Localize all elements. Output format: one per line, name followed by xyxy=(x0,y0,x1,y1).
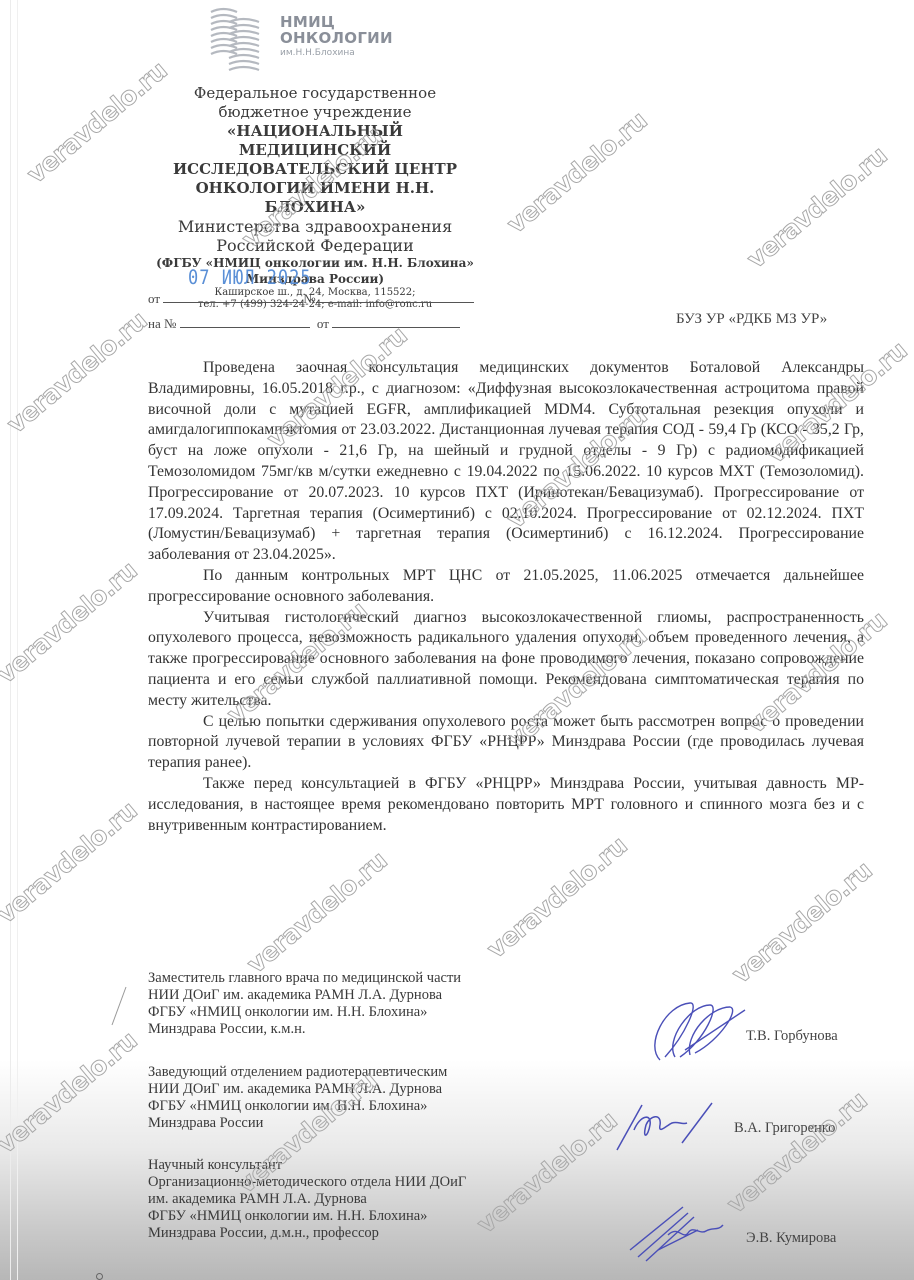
org-line: Российской Федерации xyxy=(150,236,480,255)
signature-1 xyxy=(645,995,755,1065)
number-blank xyxy=(316,290,474,303)
scan-edge xyxy=(10,0,18,1280)
signer-name-1: Т.В. Горбунова xyxy=(746,1028,838,1045)
registration-line-reply: на № от xyxy=(148,315,460,332)
org-line: Федеральное государственное xyxy=(150,84,480,103)
signer-title-line: Заместитель главного врача по медицинско… xyxy=(148,970,461,987)
signature-3 xyxy=(628,1195,738,1265)
body-paragraph: С целью попытки сдерживания опухолевого … xyxy=(148,712,864,774)
watermark: veravdelo.ru xyxy=(0,796,143,929)
signer-name-2: В.А. Григоренко xyxy=(734,1120,835,1137)
date-stamp: 07 ИЮЛ 2025 xyxy=(188,267,312,290)
signer-title-line: Научный консультант xyxy=(148,1157,466,1174)
signer-block-3: Научный консультант Организационно-метод… xyxy=(148,1157,466,1242)
recipient: БУЗ УР «РДКБ МЗ УР» xyxy=(676,311,827,328)
body-paragraph: Проведена заочная консультация медицинск… xyxy=(148,358,864,566)
date-blank xyxy=(163,290,303,303)
signer-title-line: Минздрава России xyxy=(148,1115,447,1132)
logo-text: НМИЦ ОНКОЛОГИИ им.Н.Н.Блохина xyxy=(280,14,393,58)
logo-line-1: НМИЦ xyxy=(280,14,393,30)
watermark: veravdelo.ru xyxy=(241,846,392,979)
signer-title-line: НИИ ДОиГ им. академика РАМН Л.А. Дурнова xyxy=(148,987,461,1004)
reply-number-label: на № xyxy=(148,316,176,331)
registration-line-outgoing: от № xyxy=(148,290,474,307)
signer-title-line: Минздрава России, к.м.н. xyxy=(148,1021,461,1038)
org-line: бюджетное учреждение xyxy=(150,103,480,122)
watermark: veravdelo.ru xyxy=(741,141,892,274)
body-paragraph: Также перед консультацией в ФГБУ «РНЦРР»… xyxy=(148,774,864,836)
document-page: НМИЦ ОНКОЛОГИИ им.Н.Н.Блохина Федерально… xyxy=(0,0,914,1280)
org-line: «НАЦИОНАЛЬНЫЙ МЕДИЦИНСКИЙ xyxy=(150,122,480,160)
watermark: veravdelo.ru xyxy=(0,1026,143,1159)
scan-dot xyxy=(96,1273,103,1280)
watermark: veravdelo.ru xyxy=(471,1106,622,1239)
signer-title-line: Заведующий отделением радиотерапевтическ… xyxy=(148,1064,447,1081)
logo-line-2: ОНКОЛОГИИ xyxy=(280,30,393,46)
signer-title-line: ФГБУ «НМИЦ онкологии им. Н.Н. Блохина» xyxy=(148,1208,466,1225)
body-paragraph: По данным контрольных МРТ ЦНС от 21.05.2… xyxy=(148,566,864,608)
number-label: № xyxy=(303,291,315,306)
reply-number-blank xyxy=(180,315,310,328)
watermark: veravdelo.ru xyxy=(481,831,632,964)
signer-name-3: Э.В. Кумирова xyxy=(746,1230,836,1247)
org-line: Министерства здравоохранения xyxy=(150,217,480,236)
institution-logo: НМИЦ ОНКОЛОГИИ им.Н.Н.Блохина xyxy=(205,4,405,72)
logo-spiral-icon xyxy=(205,4,269,72)
watermark: veravdelo.ru xyxy=(501,106,652,239)
watermark: veravdelo.ru xyxy=(721,1086,872,1219)
signature-2 xyxy=(612,1095,722,1155)
signer-title-line: им. академика РАМН Л.А. Дурнова xyxy=(148,1191,466,1208)
from-label: от xyxy=(148,291,160,306)
logo-line-3: им.Н.Н.Блохина xyxy=(280,48,393,58)
signer-title-line: ФГБУ «НМИЦ онкологии им. Н.Н. Блохина» xyxy=(148,1098,447,1115)
signer-title-line: Минздрава России, д.м.н., профессор xyxy=(148,1225,466,1242)
letter-body: Проведена заочная консультация медицинск… xyxy=(148,358,864,836)
margin-pen-mark xyxy=(108,985,130,1045)
org-line: ОНКОЛОГИИ ИМЕНИ Н.Н. БЛОХИНА» xyxy=(150,179,480,217)
signer-title-line: Организационно-методического отдела НИИ … xyxy=(148,1174,466,1191)
org-line: ИССЛЕДОВАТЕЛЬСКИЙ ЦЕНТР xyxy=(150,160,480,179)
reply-from-label: от xyxy=(317,316,329,331)
reply-date-blank xyxy=(332,315,460,328)
signer-title-line: НИИ ДОиГ им. академика РАМН Л.А. Дурнова xyxy=(148,1081,447,1098)
body-paragraph: Учитывая гистологический диагноз высокоз… xyxy=(148,608,864,712)
signer-block-1: Заместитель главного врача по медицинско… xyxy=(148,970,461,1038)
watermark: veravdelo.ru xyxy=(0,556,143,689)
watermark: veravdelo.ru xyxy=(726,856,877,989)
signer-block-2: Заведующий отделением радиотерапевтическ… xyxy=(148,1064,447,1132)
signer-title-line: ФГБУ «НМИЦ онкологии им. Н.Н. Блохина» xyxy=(148,1004,461,1021)
watermark: veravdelo.ru xyxy=(1,306,152,439)
